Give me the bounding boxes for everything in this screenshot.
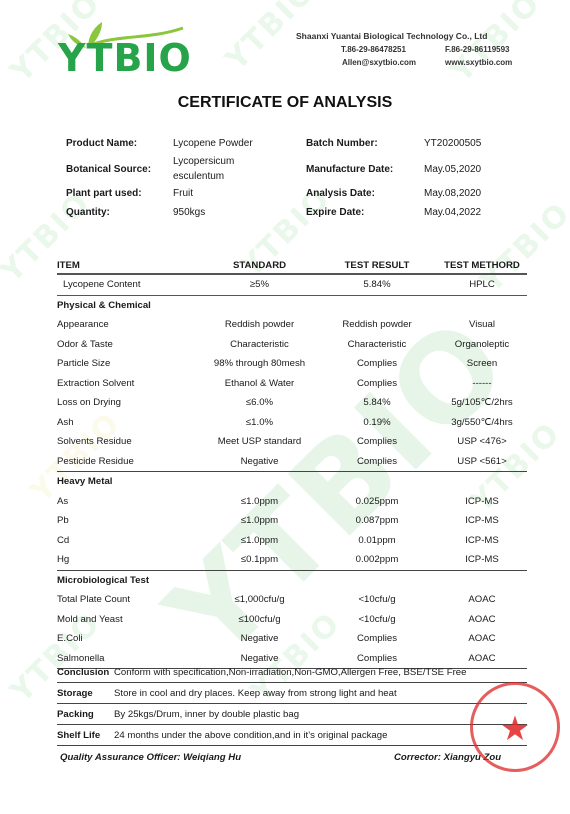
result-cell: <10cfu/g [317, 590, 437, 610]
quantity-label: Quantity: [66, 207, 110, 218]
standard-cell: ≤6.0% [202, 393, 317, 413]
result-cell: Reddish powder [317, 315, 437, 335]
method-cell: Visual [437, 315, 527, 335]
analysis-table: ITEM STANDARD TEST RESULT TEST METHORD L… [57, 257, 527, 669]
company-name: Shaanxi Yuantai Biological Technology Co… [296, 31, 487, 41]
method-cell: 5g/105℃/2hrs [437, 393, 527, 413]
botanical-source-line1: Lycopersicum [173, 156, 234, 167]
item-cell: Cd [57, 531, 202, 551]
website: www.sxytbio.com [445, 58, 512, 67]
table-row: Pesticide ResidueNegativeCompliesUSP <56… [57, 452, 527, 472]
column-header: ITEM [57, 257, 202, 274]
section-header-row: Heavy Metal [57, 472, 527, 492]
result-cell: 0.19% [317, 413, 437, 433]
method-cell: USP <476> [437, 432, 527, 452]
star-icon: ★ [473, 709, 557, 749]
standard-cell: ≤0.1ppm [202, 550, 317, 570]
result-cell: 0.002ppm [317, 550, 437, 570]
page-title: CERTIFICATE OF ANALYSIS [0, 94, 570, 112]
table-row: Ash≤1.0%0.19%3g/550℃/4hrs [57, 413, 527, 433]
section-title: Microbiological Test [57, 570, 527, 590]
item-cell: Pb [57, 511, 202, 531]
analysis-label: Analysis Date: [306, 188, 375, 199]
column-header: TEST RESULT [317, 257, 437, 274]
result-cell: 0.087ppm [317, 511, 437, 531]
result-cell: Characteristic [317, 335, 437, 355]
method-cell: AOAC [437, 590, 527, 610]
manufacture-label: Manufacture Date: [306, 164, 393, 175]
standard-cell: Characteristic [202, 335, 317, 355]
standard-cell: Negative [202, 452, 317, 472]
footer-section: Conclusion Conform with specification,No… [57, 662, 527, 746]
company-logo: YTBIO [58, 20, 188, 76]
item-cell: Mold and Yeast [57, 610, 202, 630]
table-row: Total Plate Count≤1,000cfu/g<10cfu/gAOAC [57, 590, 527, 610]
table-row: Cd≤1.0ppm0.01ppmICP-MS [57, 531, 527, 551]
section-header-row: Physical & Chemical [57, 295, 527, 315]
standard-cell: ≤1,000cfu/g [202, 590, 317, 610]
section-title: Physical & Chemical [57, 295, 527, 315]
table-row: E.ColiNegativeCompliesAOAC [57, 629, 527, 649]
analysis-date: May.08,2020 [424, 188, 481, 199]
standard-cell: ≥5% [202, 274, 317, 295]
method-cell: HPLC [437, 274, 527, 295]
method-cell: ICP-MS [437, 511, 527, 531]
qa-officer: Quality Assurance Officer: Weiqiang Hu [60, 752, 241, 763]
packing-label: Packing [57, 709, 114, 720]
method-cell: 3g/550℃/4hrs [437, 413, 527, 433]
expire-label: Expire Date: [306, 207, 364, 218]
item-cell: Extraction Solvent [57, 374, 202, 394]
column-header: TEST METHORD [437, 257, 527, 274]
method-cell: ICP-MS [437, 531, 527, 551]
result-cell: 5.84% [317, 274, 437, 295]
column-header: STANDARD [202, 257, 317, 274]
result-cell: Complies [317, 354, 437, 374]
item-cell: Total Plate Count [57, 590, 202, 610]
shelf-life-value: 24 months under the above condition,and … [114, 730, 387, 741]
table-header-row: ITEM STANDARD TEST RESULT TEST METHORD [57, 257, 527, 274]
plant-part-label: Plant part used: [66, 188, 142, 199]
product-name-label: Product Name: [66, 138, 137, 149]
standard-cell: ≤1.0% [202, 413, 317, 433]
method-cell: USP <561> [437, 452, 527, 472]
table-row: Lycopene Content≥5%5.84%HPLC [57, 274, 527, 295]
section-title: Heavy Metal [57, 472, 527, 492]
standard-cell: Reddish powder [202, 315, 317, 335]
item-cell: Hg [57, 550, 202, 570]
standard-cell: Negative [202, 629, 317, 649]
conclusion-value: Conform with specification,Non-irradiati… [114, 667, 466, 678]
section-header-row: Microbiological Test [57, 570, 527, 590]
table-row: Extraction SolventEthanol & WaterComplie… [57, 374, 527, 394]
standard-cell: ≤100cfu/g [202, 610, 317, 630]
item-cell: As [57, 492, 202, 512]
packing-value: By 25kgs/Drum, inner by double plastic b… [114, 709, 299, 720]
result-cell: <10cfu/g [317, 610, 437, 630]
standard-cell: ≤1.0ppm [202, 531, 317, 551]
item-cell: Loss on Drying [57, 393, 202, 413]
batch-label: Batch Number: [306, 138, 378, 149]
logo-text: YTBIO [58, 36, 192, 80]
conclusion-label: Conclusion [57, 667, 114, 678]
result-cell: Complies [317, 374, 437, 394]
botanical-source-line2: esculentum [173, 171, 224, 182]
method-cell: AOAC [437, 629, 527, 649]
method-cell: ICP-MS [437, 492, 527, 512]
item-cell: Particle Size [57, 354, 202, 374]
result-cell: 0.025ppm [317, 492, 437, 512]
method-cell: ICP-MS [437, 550, 527, 570]
result-cell: Complies [317, 452, 437, 472]
standard-cell: Meet USP standard [202, 432, 317, 452]
storage-label: Storage [57, 688, 114, 699]
item-cell: Lycopene Content [57, 274, 202, 295]
table-row: Odor & TasteCharacteristicCharacteristic… [57, 335, 527, 355]
item-cell: Ash [57, 413, 202, 433]
conclusion-row: Conclusion Conform with specification,No… [57, 662, 527, 683]
result-cell: Complies [317, 629, 437, 649]
standard-cell: 98% through 80mesh [202, 354, 317, 374]
product-name: Lycopene Powder [173, 138, 253, 149]
standard-cell: Ethanol & Water [202, 374, 317, 394]
packing-row: Packing By 25kgs/Drum, inner by double p… [57, 704, 527, 725]
method-cell: ------ [437, 374, 527, 394]
method-cell: AOAC [437, 610, 527, 630]
table-row: As≤1.0ppm0.025ppmICP-MS [57, 492, 527, 512]
botanical-source-label: Botanical Source: [66, 164, 151, 175]
quantity: 950kgs [173, 207, 205, 218]
table-row: Pb≤1.0ppm0.087ppmICP-MS [57, 511, 527, 531]
manufacture-date: May.05,2020 [424, 164, 481, 175]
standard-cell: ≤1.0ppm [202, 511, 317, 531]
item-cell: Solvents Residue [57, 432, 202, 452]
result-cell: 0.01ppm [317, 531, 437, 551]
storage-value: Store in cool and dry places. Keep away … [114, 688, 397, 699]
storage-row: Storage Store in cool and dry places. Ke… [57, 683, 527, 704]
table-row: Solvents ResidueMeet USP standardComplie… [57, 432, 527, 452]
item-cell: E.Coli [57, 629, 202, 649]
table-row: AppearanceReddish powderReddish powderVi… [57, 315, 527, 335]
result-cell: Complies [317, 432, 437, 452]
method-cell: Organoleptic [437, 335, 527, 355]
batch-number: YT20200505 [424, 138, 481, 149]
shelf-life-label: Shelf Life [57, 730, 114, 741]
phone: T.86-29-86478251 [341, 45, 406, 54]
result-cell: 5.84% [317, 393, 437, 413]
table-row: Particle Size98% through 80meshCompliesS… [57, 354, 527, 374]
table-row: Loss on Drying≤6.0%5.84%5g/105℃/2hrs [57, 393, 527, 413]
item-cell: Appearance [57, 315, 202, 335]
fax: F.86-29-86119593 [445, 45, 510, 54]
expire-date: May.04,2022 [424, 207, 481, 218]
company-seal-stamp: ★ [470, 682, 560, 772]
item-cell: Pesticide Residue [57, 452, 202, 472]
table-row: Hg≤0.1ppm0.002ppmICP-MS [57, 550, 527, 570]
email: Allen@sxytbio.com [342, 58, 416, 67]
shelf-life-row: Shelf Life 24 months under the above con… [57, 725, 527, 746]
standard-cell: ≤1.0ppm [202, 492, 317, 512]
method-cell: Screen [437, 354, 527, 374]
item-cell: Odor & Taste [57, 335, 202, 355]
table-row: Mold and Yeast≤100cfu/g<10cfu/gAOAC [57, 610, 527, 630]
plant-part: Fruit [173, 188, 193, 199]
